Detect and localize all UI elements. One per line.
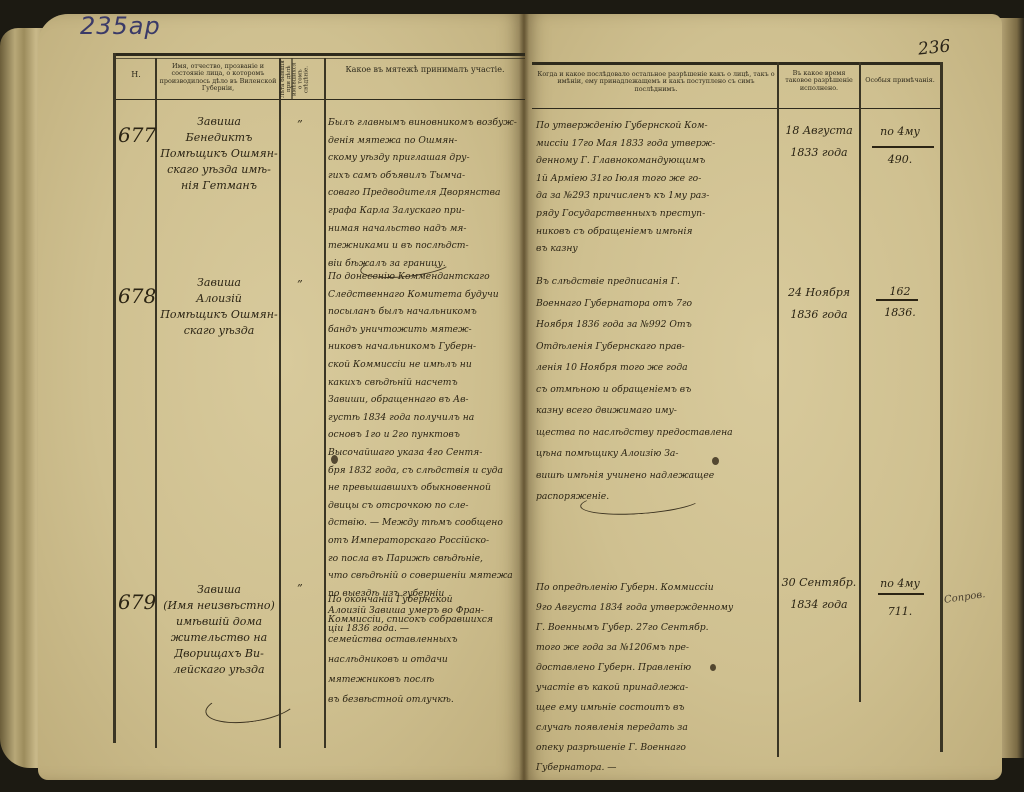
header-number: Н. [118, 70, 154, 79]
col-rule-executed [859, 62, 861, 702]
entry-participation: Былъ главнымъ виновникомъ возбуж- денія … [328, 114, 524, 272]
entry-remark-denominator: 711. [862, 602, 938, 622]
header-person: Имя, отчество, прозваніе и состояніе лиц… [158, 63, 278, 92]
header-participation: Какое въ мятежѣ принималъ участіе. [330, 65, 520, 74]
entry-resolution: По опредѣленію Губерн. Коммиссіи 9го Авг… [536, 578, 776, 778]
col-rule-resolution [777, 62, 779, 757]
entry-age-ditto: ” [297, 278, 303, 291]
entry-number: 678 [118, 284, 156, 308]
entry-remark-denominator: 1836. [862, 303, 938, 323]
entry-remark-numerator: по 4му [862, 122, 938, 142]
right-margin-rule [940, 62, 943, 752]
entry-executed-date: 18 Августа 1833 года [779, 120, 859, 164]
entry-remark-numerator: по 4му [862, 574, 938, 594]
ink-stain [712, 457, 719, 465]
fraction-line [872, 146, 934, 148]
entry-executed-date: 24 Ноября 1836 года [779, 282, 859, 326]
entry-number: 679 [118, 590, 156, 614]
entry-executed-date: 30 Сентябр. 1834 года [779, 572, 859, 616]
header-top-rule-left [115, 53, 525, 56]
ink-stain [331, 455, 338, 464]
entry-person: Завиша (Имя неизвѣстно) имѣвшій дома жит… [160, 582, 278, 678]
entry-number: 677 [118, 123, 156, 147]
col-rule-age [324, 58, 326, 748]
entry-resolution: По утвержденію Губернской Ком- миссіи 17… [536, 117, 776, 258]
header-resolution: Когда и какое послѣдовало остальное разр… [536, 71, 776, 93]
entry-participation: По донесенію Коммендантскаго Следственна… [328, 268, 524, 637]
archive-number: 235ар [80, 12, 161, 40]
header-age: Лѣта бывшія при дѣлѣ имѣвшихся о томъ св… [281, 60, 321, 98]
header-remarks: Особыя примѣчанія. [861, 77, 939, 84]
header-bottom-rule-right [532, 108, 942, 109]
fraction-line [878, 593, 924, 595]
entry-age-ditto: ” [297, 582, 303, 595]
entry-age-ditto: ” [297, 118, 303, 131]
header-top-rule-right [532, 62, 942, 65]
entry-resolution: Въ слѣдствіе предписанія Г. Военнаго Губ… [536, 271, 776, 508]
entry-remark-denominator: 490. [862, 150, 938, 170]
entry-person: Завиша Бенедиктъ Помѣщикъ Ошмян- скаго у… [160, 114, 278, 194]
entry-person: Завиша Алоизій Помѣщикъ Ошмян- скаго уѣз… [160, 275, 278, 339]
open-ledger: 235ар 236 Н. Имя, отчество, прозваніе и … [0, 0, 1024, 792]
fraction-line [876, 299, 918, 301]
col-rule-person [279, 58, 281, 748]
left-margin-rule [113, 53, 116, 743]
ink-stain [710, 664, 716, 671]
header-bottom-rule-left [115, 99, 525, 100]
folio-number: 236 [917, 36, 951, 59]
entry-participation: По окончаніи Губернской Коммиссіи, списо… [328, 590, 524, 710]
header-top-rule-left-thin [115, 58, 525, 59]
col-rule-number [155, 58, 157, 748]
header-executed: Въ какое время таковое разрѣшеніе исполн… [779, 70, 859, 92]
